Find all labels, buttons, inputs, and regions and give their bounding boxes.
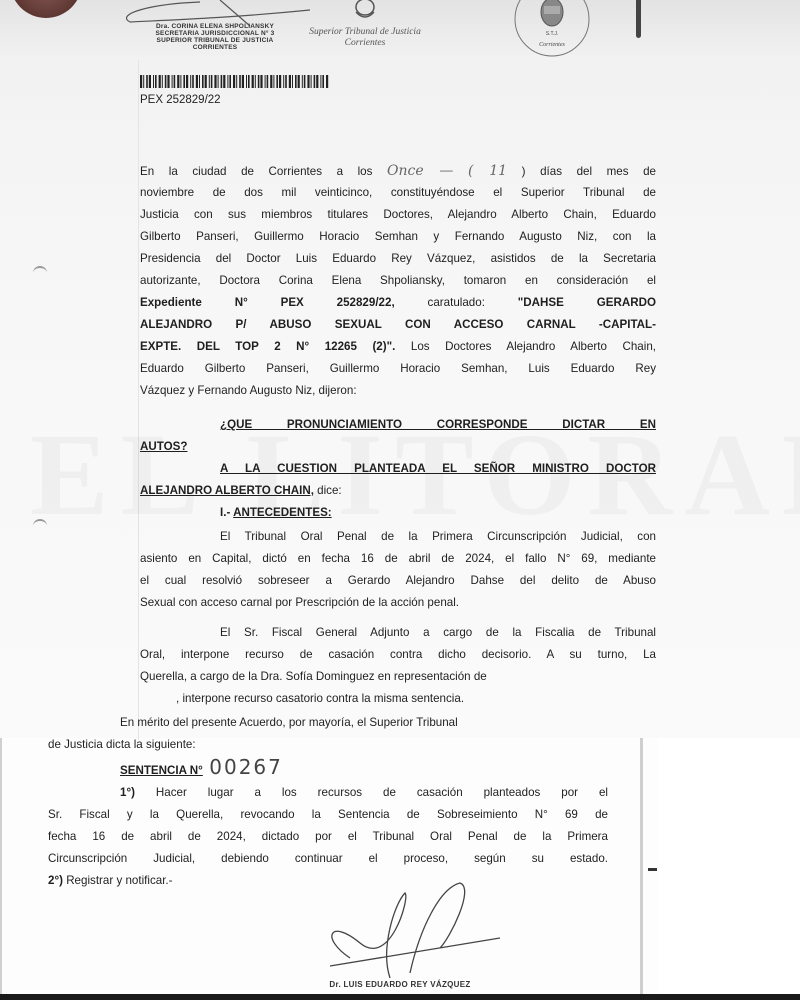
secretary-block: Dra. CORINA ELENA SHPOLIANSKY SECRETARIA… [145, 23, 285, 51]
intro-line: Vázquez y Fernando Augusto Niz, dijeron: [140, 380, 656, 402]
case-title: EXPTE. DEL TOP 2 N° 12265 (2)". [140, 340, 395, 353]
court-name-line2: Corrientes [300, 38, 430, 49]
secretary-name: Dra. CORINA ELENA SHPOLIANSKY [145, 23, 285, 30]
intro-line: Justicia con sus miembros titulares Doct… [140, 204, 656, 226]
resolution-line: fecha 16 de abril de 2024, dictado por e… [48, 826, 608, 848]
resolution-item-1: 1°) Hacer lugar a los recursos de casaci… [48, 782, 608, 804]
page-edge-mark [648, 868, 657, 871]
intro-line: Gilberto Panseri, Guillermo Horacio Semh… [140, 226, 656, 248]
cuestion-line: ALEJANDRO ALBERTO CHAIN, dice: [140, 480, 656, 502]
page-edge-top-mark [636, 0, 641, 38]
paragraph-line: Querella, a cargo de la Dra. Sofía Domin… [140, 666, 656, 688]
signatory-name: Dr. LUIS EDUARDO REY VÁZQUEZ [300, 980, 500, 989]
antecedentes-heading: I.- ANTECEDENTES: [140, 502, 656, 524]
handwritten-number: ( 11 [468, 163, 507, 179]
court-seal-icon: S.T.J. Corrientes [513, 0, 591, 58]
expediente-label: Expediente N° PEX 252829/22, [140, 296, 395, 309]
secretary-court: SUPERIOR TRIBUNAL DE JUSTICIA [145, 37, 285, 44]
svg-text:S.T.J.: S.T.J. [546, 31, 559, 37]
paragraph-line: Sexual con acceso carnal por Prescripció… [140, 592, 656, 614]
intro-line: En la ciudad de Corrientes a los Once — … [140, 160, 656, 182]
merito-line: En mérito del presente Acuerdo, por mayo… [48, 712, 608, 734]
question-heading: AUTOS? [140, 436, 656, 458]
minister-name: ALEJANDRO ALBERTO CHAIN, [140, 484, 314, 497]
sentencia-number: 00267 [209, 755, 283, 779]
court-name: Superior Tribunal de Justicia Corrientes [300, 27, 430, 49]
court-crest-icon [350, 0, 380, 20]
paragraph-line: , interpone recurso casatorio contra la … [140, 688, 656, 710]
court-name-line1: Superior Tribunal de Justicia [300, 27, 430, 38]
question-block: ¿QUE PRONUNCIAMIENTO CORRESPONDE DICTAR … [140, 414, 656, 524]
barcode-icon [140, 75, 330, 88]
paragraph-line: Oral, interpone recurso de casación cont… [140, 644, 656, 666]
paragraph-line: El Tribunal Oral Penal de la Primera Cir… [140, 526, 656, 548]
cuestion-heading: A LA CUESTION PLANTEADA EL SEÑOR MINISTR… [140, 458, 656, 480]
expediente-line: Expediente N° PEX 252829/22, caratulado:… [140, 292, 656, 314]
question-heading: ¿QUE PRONUNCIAMIENTO CORRESPONDE DICTAR … [140, 414, 656, 436]
binder-hole-icon [33, 266, 47, 276]
intro-line: Eduardo Gilberto Panseri, Guillermo Hora… [140, 358, 656, 380]
paragraph-line: El Sr. Fiscal General Adjunto a cargo de… [140, 622, 656, 644]
bottom-edge [0, 994, 800, 1000]
page-edge-rule [640, 738, 643, 994]
intro-line: autorizante, Doctora Corina Elena Shpoli… [140, 270, 656, 292]
intro-paragraph: En la ciudad de Corrientes a los Once — … [140, 160, 656, 402]
sentencia-label: SENTENCIA N° [120, 764, 203, 777]
secretary-city: CORRIENTES [145, 44, 285, 51]
intro-line: EXPTE. DEL TOP 2 N° 12265 (2)". Los Doct… [140, 336, 656, 358]
resolution-line: Sr. Fiscal y la Querella, revocando la S… [48, 804, 608, 826]
resolution-line: Circunscripción Judicial, debiendo conti… [48, 848, 608, 870]
case-title: ALEJANDRO P/ ABUSO SEXUAL CON ACCESO CAR… [140, 314, 656, 336]
president-signature-icon [300, 878, 500, 988]
intro-line: Presidencia del Doctor Luis Eduardo Rey … [140, 248, 656, 270]
secretary-role: SECRETARIA JURISDICCIONAL N° 3 [145, 30, 285, 37]
intro-line: noviembre de dos mil veinticinco, consti… [140, 182, 656, 204]
expediente-code: PEX 252829/22 [140, 94, 221, 106]
paragraph-line: el cual resolvió sobreseer a Gerardo Ale… [140, 570, 656, 592]
sentencia-line: SENTENCIA N° 00267 [48, 756, 608, 782]
case-title: "DAHSE GERARDO [518, 296, 656, 309]
margin-line [138, 60, 139, 740]
right-margin [658, 738, 800, 994]
resolution-block: En mérito del presente Acuerdo, por mayo… [48, 712, 608, 892]
paragraph-line: asiento en Capital, dictó en fecha 16 de… [140, 548, 656, 570]
svg-text:Corrientes: Corrientes [539, 42, 565, 48]
merito-line: de Justicia dicta la siguiente: [48, 734, 608, 756]
antecedentes-paragraph-1: El Tribunal Oral Penal de la Primera Cir… [140, 526, 656, 614]
antecedentes-paragraph-2: El Sr. Fiscal General Adjunto a cargo de… [140, 622, 656, 710]
handwritten-day: Once — [387, 163, 453, 179]
